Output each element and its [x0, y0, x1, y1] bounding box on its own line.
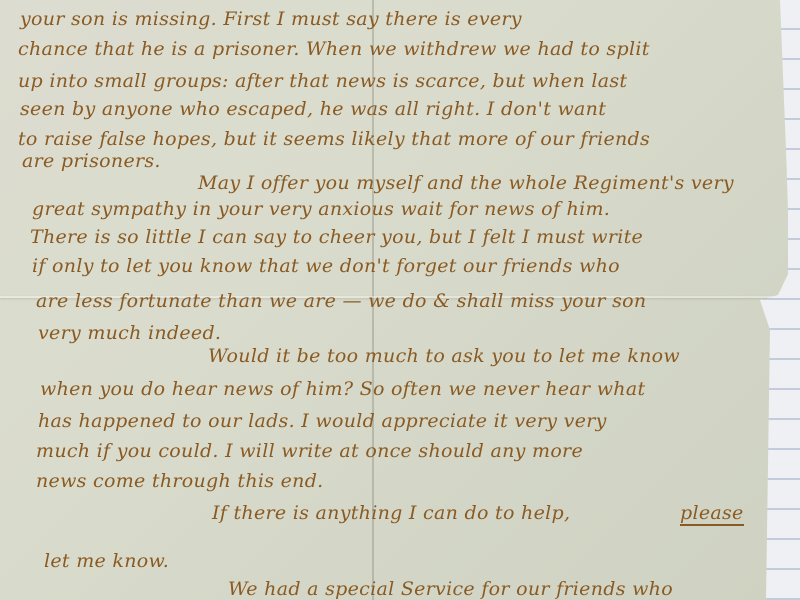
letter-line: There is so little I can say to cheer yo… — [30, 226, 643, 248]
letter-line: has happened to our lads. I would apprec… — [38, 410, 607, 432]
letter-page: your son is missing. First I must say th… — [0, 0, 788, 600]
letter-line: let me know. — [44, 550, 169, 572]
letter-line: news come through this end. — [36, 470, 324, 492]
letter-line: very much indeed. — [38, 322, 221, 344]
letter-line: Would it be too much to ask you to let m… — [208, 345, 680, 367]
letter-line: May I offer you myself and the whole Reg… — [198, 172, 734, 194]
letter-line: your son is missing. First I must say th… — [20, 8, 522, 30]
letter-line: We had a special Service for our friends… — [228, 578, 673, 600]
letter-line: are prisoners. — [22, 150, 161, 172]
letter-line: great sympathy in your very anxious wait… — [32, 198, 610, 220]
letter-line: chance that he is a prisoner. When we wi… — [18, 38, 650, 60]
letter-line: up into small groups: after that news is… — [18, 70, 627, 92]
letter-line: when you do hear news of him? So often w… — [40, 378, 645, 400]
letter-line: seen by anyone who escaped, he was all r… — [20, 98, 606, 120]
letter-line: to raise false hopes, but it seems likel… — [18, 128, 650, 150]
underlined-word: please — [680, 502, 744, 526]
letter-line: much if you could. I will write at once … — [36, 440, 583, 462]
letter-line: If there is anything I can do to help, — [212, 502, 570, 524]
letter-line: if only to let you know that we don't fo… — [32, 255, 620, 277]
letter-line: are less fortunate than we are — we do &… — [36, 290, 646, 312]
